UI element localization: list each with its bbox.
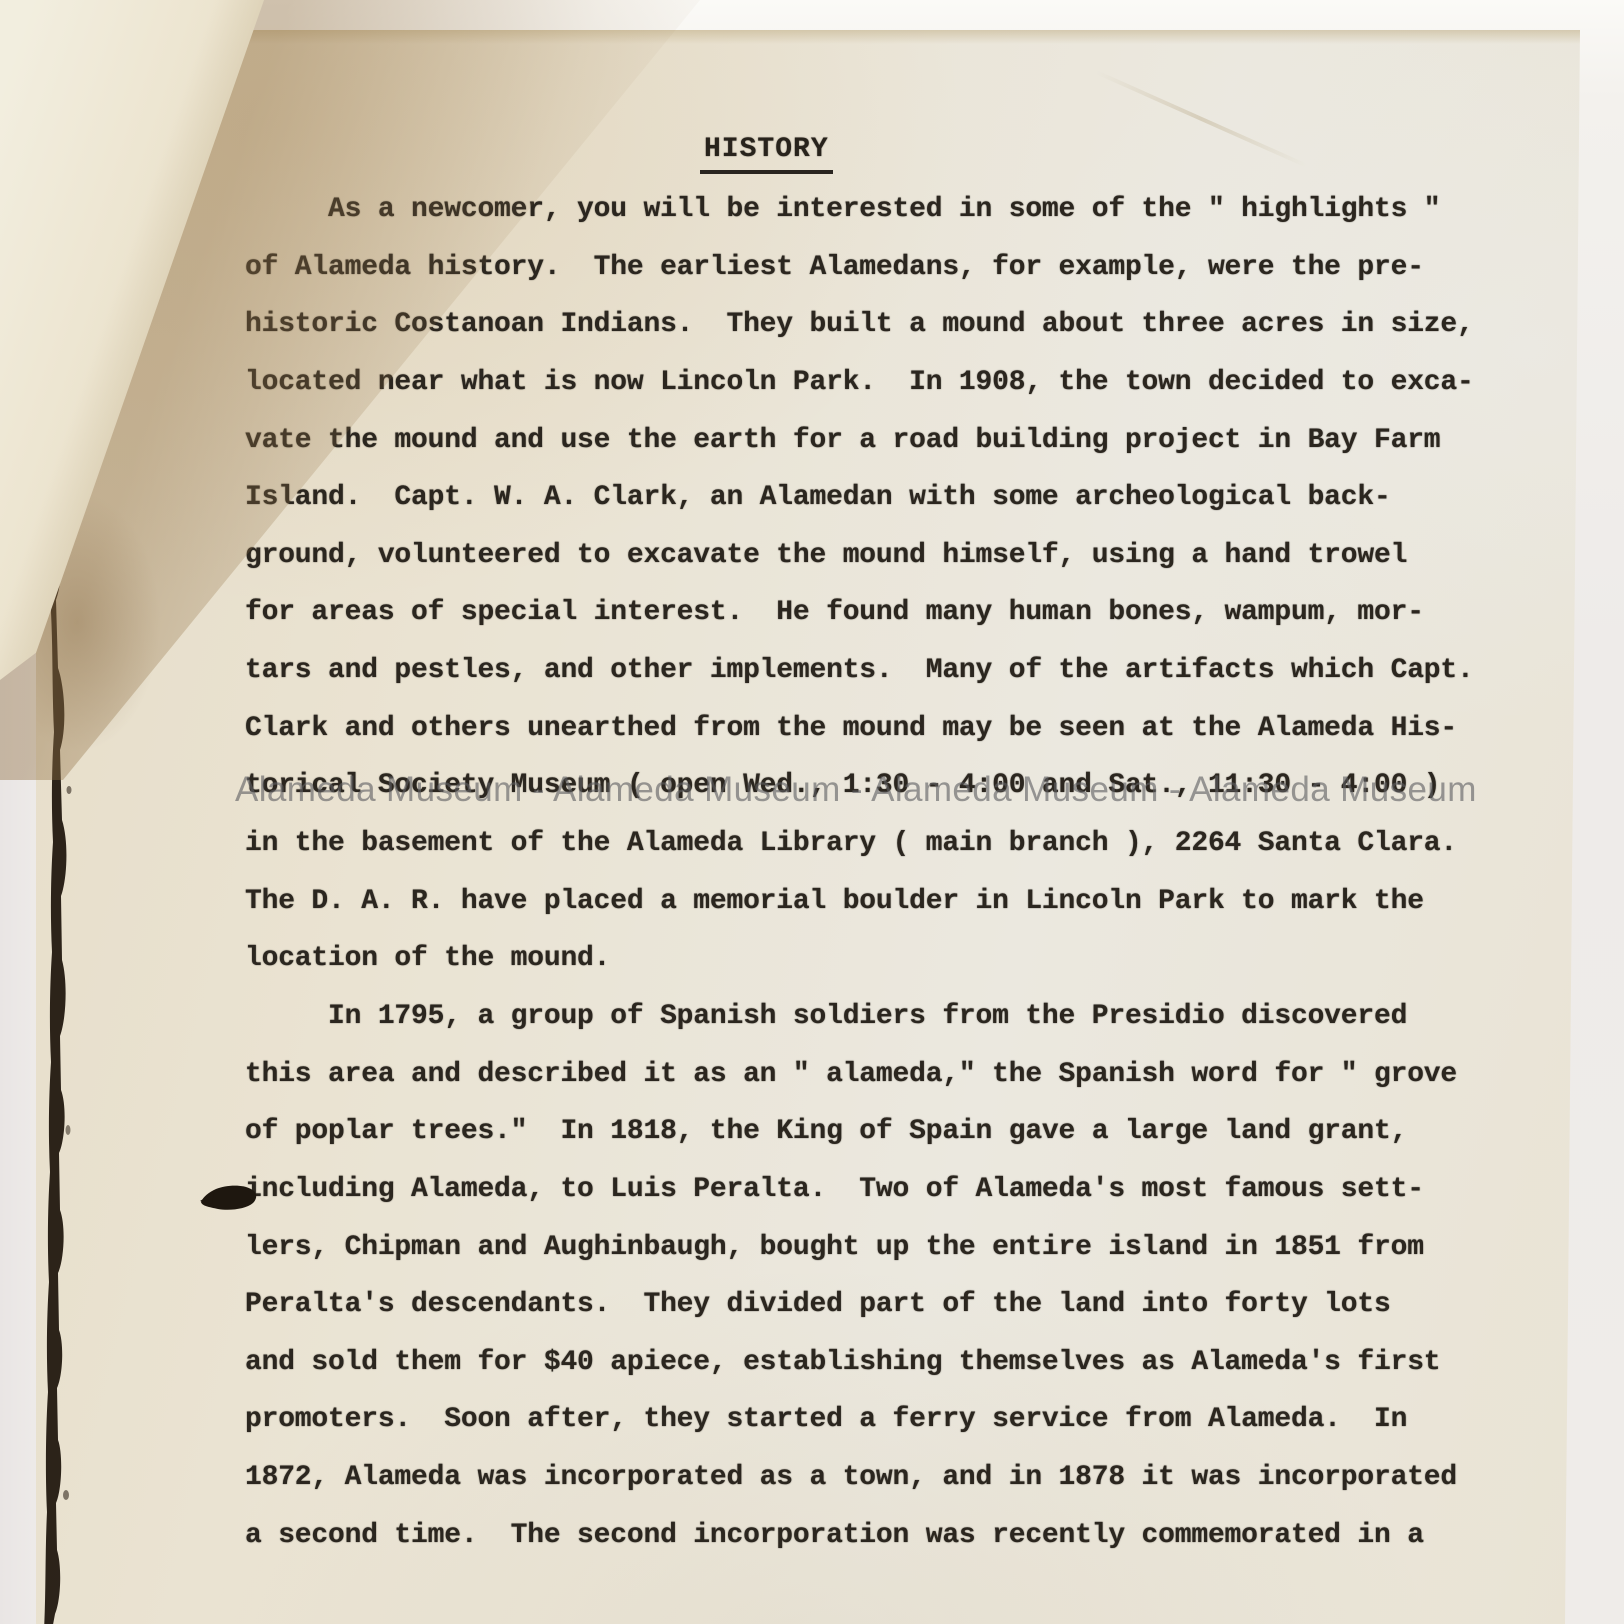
document-line: In 1795, a group of Spanish soldiers fro… xyxy=(245,988,1555,1046)
document-line: location of the mound. xyxy=(245,930,1555,988)
document-line: Peralta's descendants. They divided part… xyxy=(245,1276,1555,1334)
document-line: including Alameda, to Luis Peralta. Two … xyxy=(245,1161,1555,1219)
document-line: in the basement of the Alameda Library (… xyxy=(245,815,1555,873)
document-line: this area and described it as an " alame… xyxy=(245,1046,1555,1104)
document-line: ground, volunteered to excavate the moun… xyxy=(245,527,1555,585)
document-line: lers, Chipman and Aughinbaugh, bought up… xyxy=(245,1219,1555,1277)
scanned-document-photo: HISTORY As a newcomer, you will be inter… xyxy=(0,0,1624,1624)
document-line: and sold them for $40 apiece, establishi… xyxy=(245,1334,1555,1392)
document-line: tars and pestles, and other implements. … xyxy=(245,642,1555,700)
document-line: of poplar trees." In 1818, the King of S… xyxy=(245,1103,1555,1161)
watermark-text: Alameda Museum - Alameda Museum - Alamed… xyxy=(235,770,1435,810)
document-line: 1872, Alameda was incorporated as a town… xyxy=(245,1449,1555,1507)
document-title: HISTORY xyxy=(700,134,833,174)
document-line: for areas of special interest. He found … xyxy=(245,584,1555,642)
paper-crease xyxy=(1095,70,1307,167)
document-line: The D. A. R. have placed a memorial boul… xyxy=(245,873,1555,931)
document-line: Clark and others unearthed from the moun… xyxy=(245,700,1555,758)
document-body: As a newcomer, you will be interested in… xyxy=(245,181,1555,1564)
document-line: promoters. Soon after, they started a fe… xyxy=(245,1391,1555,1449)
document-line: located near what is now Lincoln Park. I… xyxy=(245,354,1555,412)
document-line: a second time. The second incorporation … xyxy=(245,1507,1555,1565)
ink-blot xyxy=(200,1178,260,1218)
document-line: vate the mound and use the earth for a r… xyxy=(245,412,1555,470)
document-line: Island. Capt. W. A. Clark, an Alamedan w… xyxy=(245,469,1555,527)
